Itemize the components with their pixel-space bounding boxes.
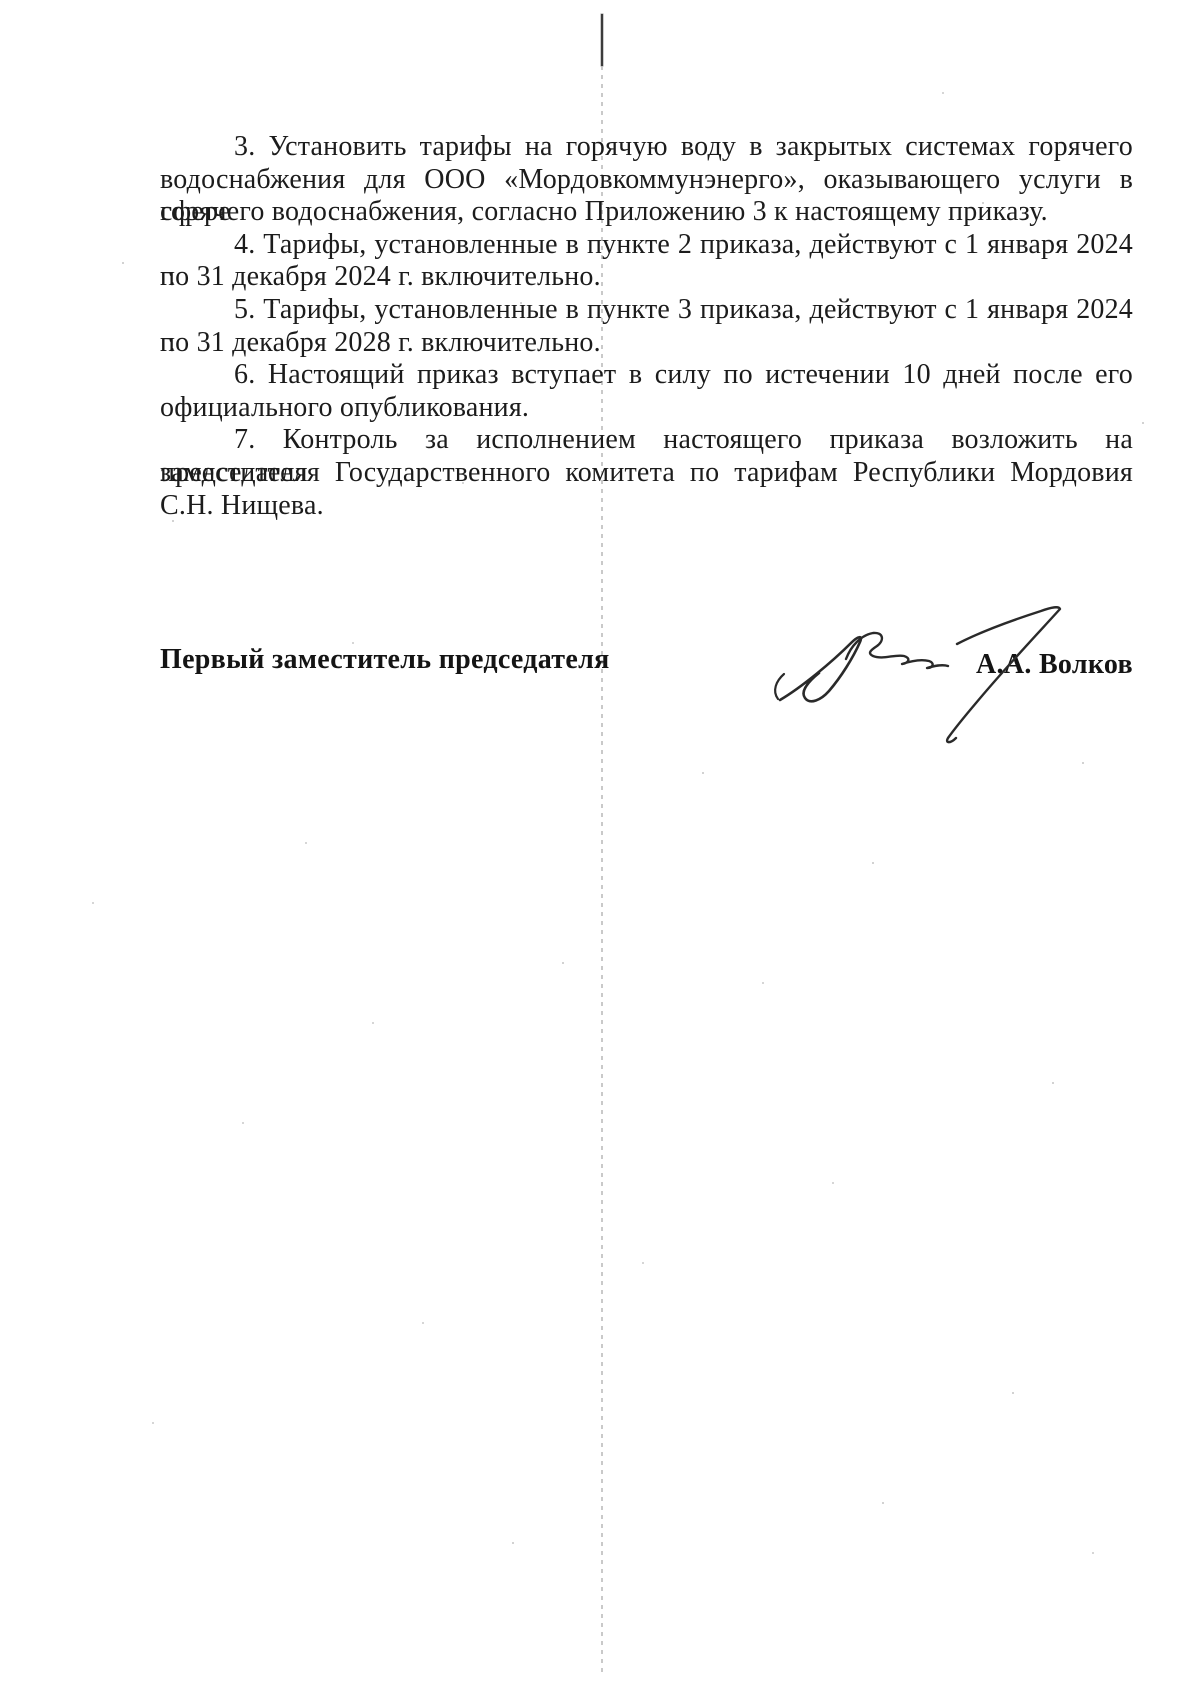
- handwritten-signature: [730, 575, 1100, 760]
- paragraph-3-line: горячего водоснабжения, согласно Приложе…: [160, 196, 1133, 229]
- paragraph-4-line: 4. Тарифы, установленные в пункте 2 прик…: [160, 229, 1133, 262]
- paragraph-7-line: председателя Государственного комитета п…: [160, 457, 1133, 490]
- paragraph-7-line: С.Н. Нищева.: [160, 490, 1133, 523]
- paragraph-3-line: 3. Установить тарифы на горячую воду в з…: [160, 131, 1133, 164]
- paragraph-3-line: водоснабжения для ООО «Мордовкоммунэнерг…: [160, 164, 1133, 197]
- scan-noise: [0, 0, 2, 2]
- signature-start-hook: [775, 674, 784, 699]
- signature-wave-stroke: [846, 633, 948, 668]
- fold-line-dark-segment: [601, 14, 603, 66]
- paragraph-6-line: официального опубликования.: [160, 392, 1133, 425]
- paragraph-5-line: по 31 декабря 2028 г. включительно.: [160, 327, 1133, 360]
- signature-initial-stroke: [780, 637, 861, 701]
- paragraph-6-line: 6. Настоящий приказ вступает в силу по и…: [160, 359, 1133, 392]
- paragraph-4-line: по 31 декабря 2024 г. включительно.: [160, 261, 1133, 294]
- order-text: 3. Установить тарифы на горячую воду в з…: [160, 131, 1133, 522]
- paragraph-5-line: 5. Тарифы, установленные в пункте 3 прик…: [160, 294, 1133, 327]
- paragraph-7-line: 7. Контроль за исполнением настоящего пр…: [160, 424, 1133, 457]
- signer-title: Первый заместитель председателя: [160, 643, 610, 676]
- scanned-order-page: 3. Установить тарифы на горячую воду в з…: [0, 0, 1200, 1698]
- signature-flourish-stroke: [947, 607, 1060, 742]
